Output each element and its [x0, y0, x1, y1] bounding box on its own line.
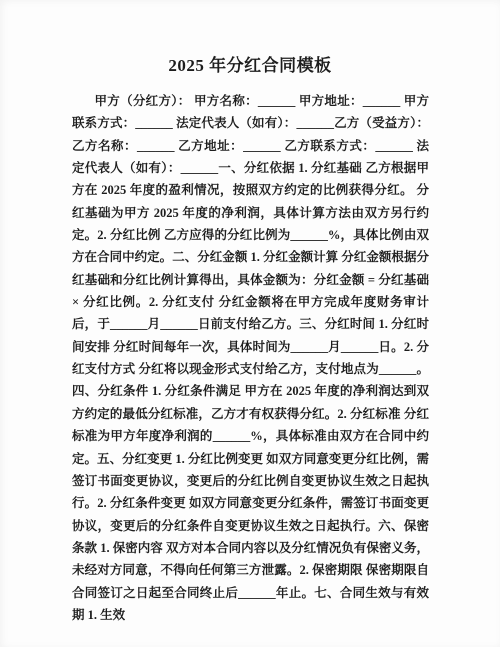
document-title: 2025 年分红合同模板	[0, 54, 500, 78]
contract-body-text: 甲方（分红方）： 甲方名称：______ 甲方地址：______ 甲方联系方式：…	[72, 90, 429, 626]
contract-document-page: 2025 年分红合同模板 甲方（分红方）： 甲方名称：______ 甲方地址：_…	[0, 0, 500, 647]
